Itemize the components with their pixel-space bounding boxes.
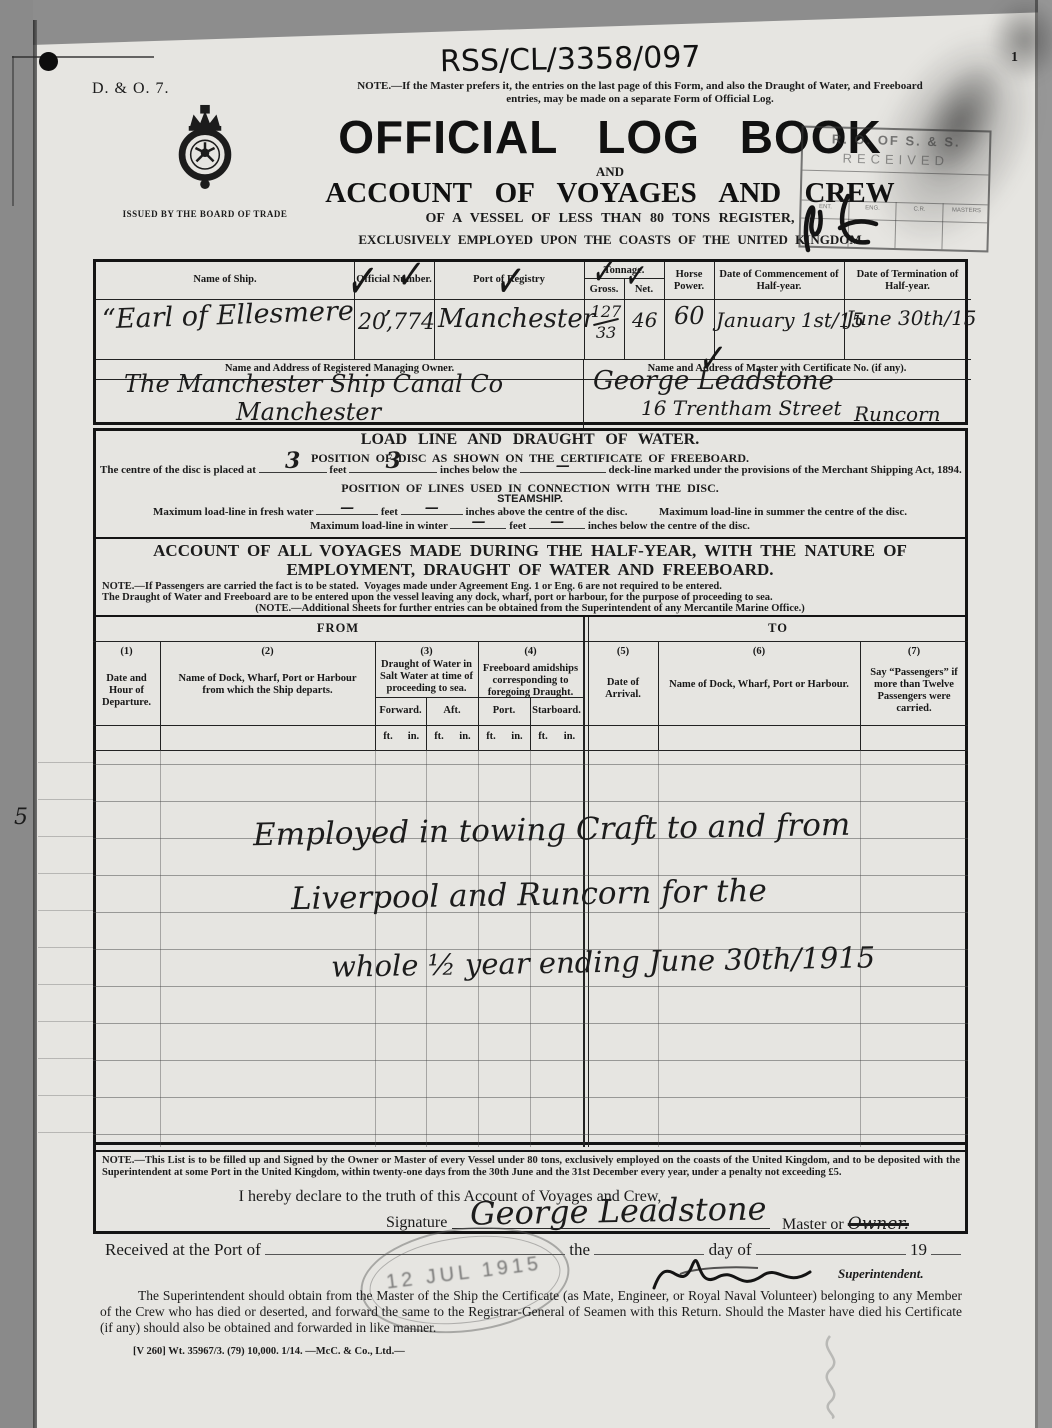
superintendent-note: The Superintendent should obtain from th…	[100, 1288, 962, 1336]
to-label: TO	[588, 622, 968, 634]
loadline-fresh-line: Maximum load-line in fresh water — feet …	[100, 506, 960, 518]
col7-number: (7)	[860, 646, 968, 658]
col4-number: (4)	[478, 646, 583, 658]
account-note2: The Draught of Water and Freeboard are t…	[102, 592, 958, 604]
pencil-scribble	[800, 1330, 870, 1420]
in-label: in.	[401, 731, 426, 743]
col1-header: Date and Hour of Departure.	[95, 673, 158, 709]
col6-number: (6)	[658, 646, 860, 658]
col5-number: (5)	[588, 646, 658, 658]
col3-header: Draught of Water in Salt Water at time o…	[377, 659, 476, 695]
section-divider	[93, 1150, 968, 1152]
margin-note-handwriting: 5	[14, 805, 28, 830]
margin-ruled-lines	[38, 748, 93, 1145]
col1-number: (1)	[93, 646, 160, 658]
col5-header: Date of Arrival.	[588, 677, 658, 701]
col7-header: Say “Passengers” if more than Twelve Pas…	[862, 667, 966, 715]
owner-struck-out: Owner.	[848, 1214, 909, 1234]
account-title-line1: ACCOUNT OF ALL VOYAGES MADE DURING THE H…	[100, 541, 960, 561]
in-label: in.	[556, 731, 583, 743]
print-code: [V 260] Wt. 35967/3. (79) 10,000. 1/14. …	[133, 1346, 405, 1357]
value-horse-power: 60	[674, 302, 705, 330]
page-number: 1	[1011, 50, 1018, 66]
value-termination: June 30th/15	[846, 306, 977, 330]
ink-scrawl	[790, 190, 910, 258]
punch-hole	[39, 52, 58, 71]
value-master-address: 16 Trentham Street	[641, 396, 842, 420]
form-code: D. & O. 7.	[92, 80, 170, 98]
col2-header: Name of Dock, Wharf, Port or Harbour fro…	[170, 673, 365, 697]
col3-number: (3)	[375, 646, 478, 658]
archive-reference-handwriting: RSS/CL/3358/097	[440, 40, 701, 80]
superintendent-label: Superintendent.	[838, 1266, 924, 1282]
scan-edge-left	[0, 0, 33, 1428]
section-divider	[93, 537, 968, 539]
stamp-col-label: MASTERS	[944, 207, 988, 214]
col-header-commencement: Date of Commencement of Half-year.	[714, 269, 844, 292]
feet-value-handwriting: 3	[285, 448, 300, 474]
value-official-number: 20,774	[358, 310, 435, 335]
col-header-termination: Date of Termination of Half-year.	[844, 269, 971, 292]
corner-mark	[12, 56, 154, 58]
scan-edge-right	[1038, 0, 1052, 1428]
loadline-winter-line: Maximum load-line in winter — feet — inc…	[100, 520, 960, 532]
col6-header: Name of Dock, Wharf, Port or Harbour.	[668, 679, 850, 691]
forward-subheader: Forward.	[375, 705, 426, 717]
master-label: Master or Owner.	[782, 1214, 909, 1234]
col-header-horse-power: Horse Power.	[664, 269, 714, 292]
ft-label: ft.	[426, 731, 452, 743]
col2-number: (2)	[160, 646, 375, 658]
col4-header: Freeboard amidships corresponding to for…	[480, 663, 581, 699]
in-label: in.	[504, 731, 530, 743]
ft-label: ft.	[375, 731, 401, 743]
value-owner-line1: The Manchester Ship Canal Co	[124, 370, 503, 398]
account-note1: NOTE.—If Passengers are carried the fact…	[102, 581, 958, 593]
col-header-ship-name: Name of Ship.	[96, 274, 354, 286]
voyages-table: FROM TO (1) (2) (3) (4) (5) (6) (7) Date…	[93, 615, 968, 1145]
issued-by-label: ISSUED BY THE BOARD OF TRADE	[110, 209, 300, 219]
page-edge-shadow-left	[33, 20, 37, 1428]
account-note3: (NOTE.—Additional Sheets for further ent…	[102, 603, 958, 615]
handwritten-comma: ,	[384, 290, 392, 320]
loadline-centre-line: The centre of the disc is placed at 3 fe…	[100, 464, 960, 476]
value-owner-line2: Manchester	[236, 398, 381, 426]
value-ship-name: “Earl of Ellesmere	[102, 296, 355, 336]
port-subheader: Port.	[478, 705, 530, 717]
value-master-town: Runcorn	[854, 402, 941, 426]
ship-info-table: Name of Ship. Official Number. Port of R…	[93, 259, 968, 425]
in-label: in.	[452, 731, 478, 743]
footer-note: NOTE.—This List is to be filled up and S…	[102, 1155, 960, 1178]
corner-mark	[12, 56, 14, 206]
ft-label: ft.	[478, 731, 504, 743]
aft-subheader: Aft.	[426, 705, 478, 717]
header-note: NOTE.—If the Master prefers it, the entr…	[340, 80, 940, 105]
steamship-label: STEAMSHIP.	[200, 493, 860, 505]
stamp-office-label: R. O. OF S. & S.	[803, 131, 989, 151]
ft-label: ft.	[530, 731, 556, 743]
deck-blank-dash: —	[556, 458, 570, 474]
signature-label: Signature	[386, 1214, 447, 1232]
value-commencement: January 1st/15	[716, 308, 864, 332]
value-tonnage-gross: 127 33	[588, 302, 624, 342]
account-title-line2: EMPLOYMENT, DRAUGHT OF WATER AND FREEBOA…	[100, 560, 960, 580]
loadline-title: LOAD LINE AND DRAUGHT OF WATER.	[200, 431, 860, 449]
scanned-log-book-page: RSS/CL/3358/097 1 D. & O. 7. NOTE.—If th…	[0, 0, 1052, 1428]
inches-value-handwriting: 3	[386, 448, 401, 474]
from-label: FROM	[93, 622, 583, 634]
stamp-received-label: RECEIVED	[803, 150, 989, 170]
board-of-trade-crest-icon	[176, 104, 234, 195]
ink-smudge-corner	[990, 0, 1052, 80]
value-tonnage-net: 46	[632, 308, 657, 332]
starboard-subheader: Starboard.	[530, 705, 583, 717]
